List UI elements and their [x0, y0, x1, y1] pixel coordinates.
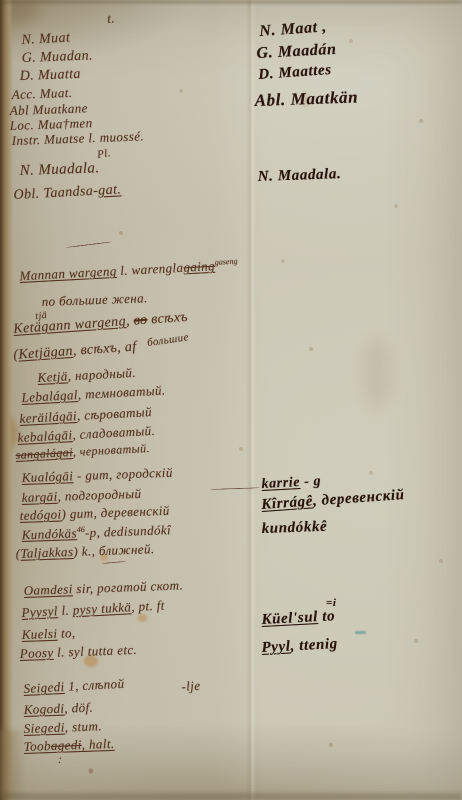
case-line-right: Abl. Maatkän — [254, 87, 358, 111]
handwriting-run: , народный. — [67, 365, 136, 384]
handwriting-run: , stum. — [64, 718, 102, 734]
handwriting-run: Kualógāi — [21, 468, 73, 485]
handwriting-run: Siegedi — [23, 720, 65, 736]
handwriting-run: Ketjägan — [18, 344, 73, 363]
handwriting-run: Lebalágal — [21, 387, 78, 405]
handwriting-run: , döf. — [64, 700, 93, 716]
handwriting-run: , сѣроватый — [77, 404, 153, 423]
handwriting-run: l. — [57, 602, 73, 618]
case-line: D. Muatta — [19, 67, 81, 85]
handwriting-run: karrie — [261, 475, 300, 492]
handwriting-run: Instr. Muatse l. muossé. — [11, 128, 144, 148]
handwriting-run: - g — [300, 474, 322, 490]
teal-ink-mark — [355, 631, 366, 634]
handwriting-run: , всѣхъ, af — [72, 339, 137, 358]
handwriting-run: Küel'sul — [261, 609, 318, 628]
handwriting-run: gaing — [183, 258, 215, 275]
handwriting-run: G. Maadán — [256, 41, 337, 62]
handwriting-run: 1, слѣпой — [64, 676, 125, 694]
handwriting-run: keräilágāi — [19, 408, 77, 426]
handwriting-run: , подгородный — [57, 486, 141, 504]
case-line-right: N. Maadala. — [257, 166, 341, 186]
handwriting-run: kundókkê — [261, 519, 327, 537]
colon-mark: : — [58, 752, 62, 767]
handwriting-run: men — [69, 115, 92, 131]
entry-line: Siegedi, stum. — [23, 718, 102, 737]
handwriting-run: , pt. ft — [131, 598, 165, 615]
plural-mark: Pl. — [96, 147, 111, 161]
handwriting-run: Pl. — [96, 147, 111, 161]
handwriting-run: to, — [57, 625, 76, 641]
page-fold-crease — [246, 0, 256, 800]
handwriting-run: agedi — [51, 737, 82, 753]
handwriting-run: t. — [106, 10, 115, 26]
handwriting-run: - gum, городскій — [73, 465, 173, 483]
handwriting-run: gat. — [98, 182, 122, 198]
handwriting-run: =i — [326, 597, 337, 609]
handwriting-run: sangalágai — [15, 445, 73, 462]
handwriting-run: по большие жена. — [41, 290, 147, 309]
handwriting-run: Pyyl — [261, 639, 291, 656]
handwriting-run: Kogodi — [23, 701, 64, 717]
handwriting-run: , черноватый. — [72, 441, 150, 459]
handwriting-run: tedógoi — [19, 507, 61, 523]
handwriting-run: Seigedi — [23, 679, 65, 696]
handwriting-run: N. Maat , — [259, 18, 328, 40]
handwriting-run: gaseng — [215, 257, 238, 267]
handwriting-run: -lje — [181, 678, 201, 694]
entry-line: Kuelsi to, — [21, 625, 75, 643]
mark-t: t. — [106, 10, 115, 27]
handwriting-run: : — [58, 752, 62, 766]
handwriting-run: , ttenig — [290, 636, 338, 654]
handwriting-run: kargāi — [21, 489, 57, 505]
margin-note: -lje — [181, 678, 201, 695]
handwriting-run: Toob — [23, 738, 51, 754]
case-line: G. Muadan. — [21, 49, 93, 67]
paper-smudge — [362, 336, 392, 410]
handwriting-run: Kuelsi — [21, 626, 57, 642]
manuscript-page: t.N. MuatG. Muadan.D. MuattaAcc. Muat.Ab… — [0, 0, 462, 800]
handwriting-run: Poosy — [19, 645, 53, 661]
handwriting-run: G. Muadan. — [21, 49, 93, 66]
handwriting-run: l. warengla — [116, 260, 183, 278]
handwriting-run: pysy tukkä — [72, 599, 131, 617]
handwriting-run: ) gum, деревенскій — [61, 503, 170, 522]
handwriting-run: D. Muatta — [19, 67, 81, 84]
case-line: N. Muat — [21, 30, 70, 49]
handwriting-run: l. syl tutta etc. — [53, 642, 137, 660]
handwriting-run: Abl. Maatkän — [254, 87, 358, 110]
handwriting-run: , темноватый. — [77, 382, 165, 402]
handwriting-run: sir, рогатой скот. — [72, 577, 183, 596]
handwriting-run: kebalágāi — [17, 427, 73, 445]
handwriting-run: всѣхъ — [147, 310, 188, 328]
entry-line-right: kundókkê — [261, 519, 327, 538]
handwriting-run: Kundókäs — [21, 525, 77, 542]
handwriting-run: N. Muat — [21, 30, 70, 48]
handwriting-run: Pyysyl — [21, 603, 58, 620]
entry-line-right: karrie - g — [261, 474, 321, 493]
handwriting-run: Kîrrágê — [261, 493, 314, 513]
case-line: N. Muadala. — [19, 160, 99, 180]
page-top-edge — [0, 0, 462, 4]
entry-line: Kogodi, döf. — [23, 700, 93, 718]
handwriting-run: -p, dedisundókî — [85, 522, 172, 540]
page-bottom-edge — [0, 793, 462, 800]
entry-line: Toobagedi, halt. — [23, 736, 114, 755]
paper-stain — [138, 614, 147, 622]
handwriting-run: N. Maadala. — [257, 166, 341, 185]
correction-sup-right: =i — [326, 597, 337, 609]
handwriting-run: ) k., ближней. — [73, 541, 155, 559]
handwriting-run: Ketjä — [37, 368, 68, 385]
handwriting-run: Acc. Muat. — [11, 85, 72, 102]
handwriting-run: Obl. Taandsa- — [13, 184, 98, 203]
handwriting-run: , halt. — [81, 736, 114, 752]
handwriting-run: , сладоватый. — [72, 423, 156, 442]
handwriting-run: Taljakkas — [20, 544, 73, 561]
handwriting-run: Oamdesi — [23, 581, 73, 598]
handwriting-run: to — [318, 608, 336, 625]
handwriting-run: N. Muadala. — [19, 160, 99, 179]
book-binding-corner — [0, 730, 26, 800]
